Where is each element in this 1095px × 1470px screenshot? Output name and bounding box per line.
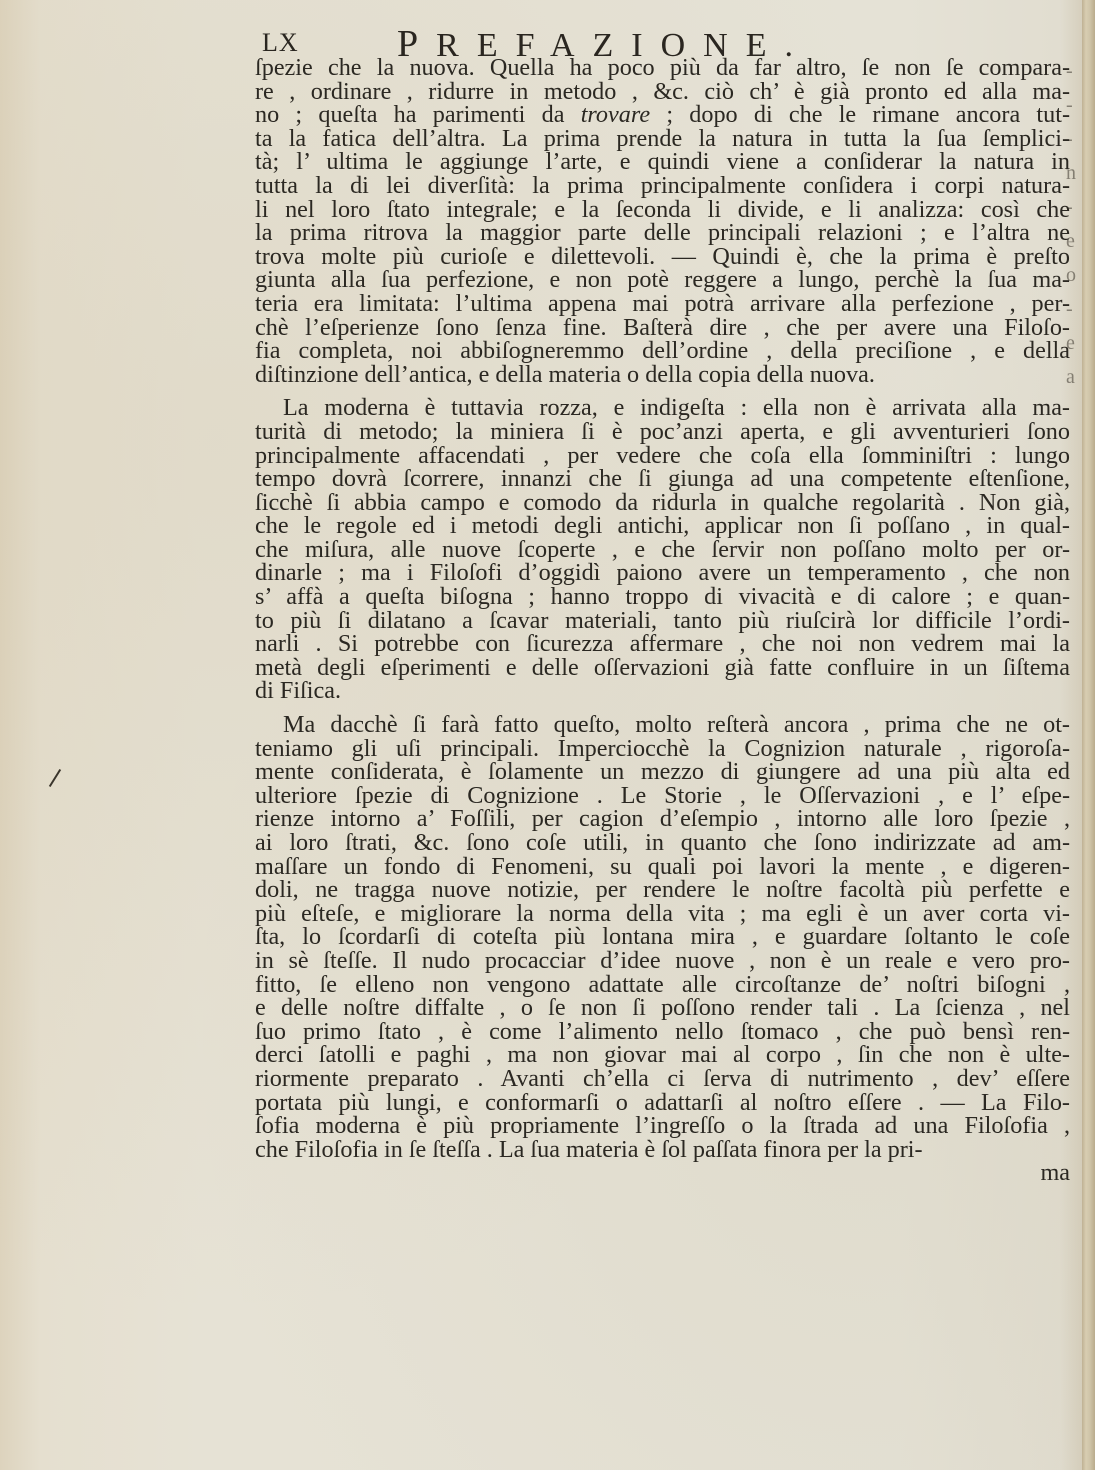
text-line: tempo dovrà ſcorrere, innanzi che ſi giu… — [255, 467, 1070, 491]
text-line: ai loro ſtrati, &c. ſono coſe utili, in … — [255, 831, 1070, 855]
text-line: ſuo primo ſtato , è come l’alimento nell… — [255, 1020, 1070, 1044]
text-line: ta la fatica dell’altra. La prima prende… — [255, 127, 1070, 151]
text-line: riormente preparato . Avanti ch’ella ci … — [255, 1067, 1070, 1091]
text-line: che le regole ed i metodi degli antichi,… — [255, 514, 1070, 538]
catchword: ma — [255, 1161, 1070, 1185]
text-line: doli, ne tragga nuove notizie, per rende… — [255, 878, 1070, 902]
text-line: diſtinzione dell’antica, e della materia… — [255, 363, 1070, 387]
text-line: ſta, lo ſcordarſi di coteſta più lontana… — [255, 925, 1070, 949]
text-line: fitto, ſe elleno non vengono adattate al… — [255, 973, 1070, 997]
text-line: mente conſiderata, è ſolamente un mezzo … — [255, 760, 1070, 784]
text-line: Ma dacchè ſi farà fatto queſto, molto re… — [255, 713, 1070, 737]
paragraph: ſpezie che la nuova. Quella ha poco più … — [255, 56, 1070, 386]
text-line: La moderna è tuttavia rozza, e indigeſta… — [255, 396, 1070, 420]
text-line: rienze intorno a’ Foſſili, per cagion d’… — [255, 807, 1070, 831]
text-line: in sè ſteſſe. Il nudo procacciar d’idee … — [255, 949, 1070, 973]
text-line: portata più lungi, e conformarſi o adatt… — [255, 1091, 1070, 1115]
text-line: più eſteſe, e migliorare la norma della … — [255, 902, 1070, 926]
text-line: ulteriore ſpezie di Cognizione . Le Stor… — [255, 784, 1070, 808]
page-gutter — [1082, 0, 1095, 1470]
text-line: fia completa, noi abbiſogneremmo dell’or… — [255, 339, 1070, 363]
text-line: dinarle ; ma i Filoſofi d’oggidì paiono … — [255, 561, 1070, 585]
text-line: derci ſatolli e paghi , ma non giovar ma… — [255, 1043, 1070, 1067]
text-line: che miſura, alle nuove ſcoperte , e che … — [255, 538, 1070, 562]
paragraph: La moderna è tuttavia rozza, e indigeſta… — [255, 396, 1070, 703]
text-line: giunta alla ſua perfezione, e non potè r… — [255, 268, 1070, 292]
text-line: la prima ritrova la maggior parte delle … — [255, 221, 1070, 245]
text-line: principalmente affacendati , per vedere … — [255, 444, 1070, 468]
text-line: to più ſi dilatano a ſcavar materiali, t… — [255, 609, 1070, 633]
text-line: maſſare un fondo di Fenomeni, su quali p… — [255, 855, 1070, 879]
text-line: di Fiſica. — [255, 679, 1070, 703]
text-line: ſpezie che la nuova. Quella ha poco più … — [255, 56, 1070, 80]
text-line: metà degli eſperimenti e delle oſſervazi… — [255, 656, 1070, 680]
text-line: no ; queſta ha parimenti da trovare ; do… — [255, 103, 1070, 127]
text-line: ſofia moderna è più propriamente l’ingre… — [255, 1114, 1070, 1138]
text-line: e delle noſtre diffalte , o ſe non ſi po… — [255, 996, 1070, 1020]
text-line: chè l’eſperienze ſono ſenza fine. Baſter… — [255, 316, 1070, 340]
text-line: narli . Si potrebbe con ſicurezza afferm… — [255, 632, 1070, 656]
text-line: trova molte più curioſe e dilettevoli. —… — [255, 245, 1070, 269]
text-line: turità di metodo; la miniera ſi è poc’an… — [255, 420, 1070, 444]
text-line: re , ordinare , ridurre in metodo , &c. … — [255, 80, 1070, 104]
text-line: che Filoſofia in ſe ſteſſa . La ſua mate… — [255, 1138, 1070, 1162]
body-text: ſpezie che la nuova. Quella ha poco più … — [255, 56, 1070, 1185]
text-line: tà; l’ ultima le aggiunge l’arte, e quin… — [255, 150, 1070, 174]
text-line: ſicchè ſi abbia campo e comodo da ridurl… — [255, 491, 1070, 515]
text-line: teniamo gli uſi principali. Imperciocchè… — [255, 737, 1070, 761]
paragraph: Ma dacchè ſi farà fatto queſto, molto re… — [255, 713, 1070, 1161]
text-line: teria era limitata: l’ultima appena mai … — [255, 292, 1070, 316]
text-line: li nel loro ſtato integrale; e la ſecond… — [255, 198, 1070, 222]
text-line: tutta la di lei diverſità: la prima prin… — [255, 174, 1070, 198]
text-line: s’ affà a queſta biſogna ; hanno troppo … — [255, 585, 1070, 609]
